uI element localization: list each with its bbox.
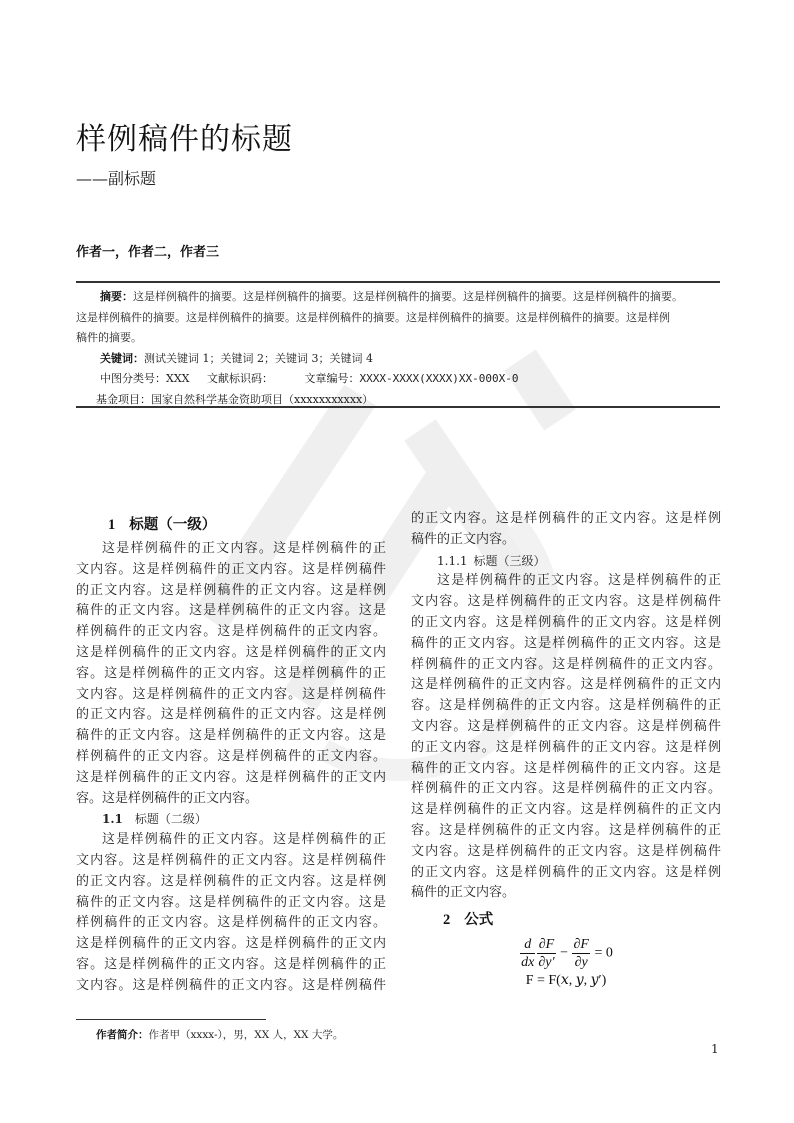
minus-sign: −: [560, 946, 568, 961]
body-line: 这是样例稿件的正文内容。这是样例稿件的正文内: [411, 675, 721, 696]
body-line: 容。这是样例稿件的正文内容。这是样例稿件的正: [76, 955, 386, 976]
footnote-rule: [76, 1019, 266, 1020]
author-list: 作者一，作者二，作者三: [76, 241, 219, 260]
body-line: 的正文内容。这是样例稿件的正文内容。这是样例: [411, 863, 721, 884]
abstract-text: 这是样例稿件的摘要。这是样例稿件的摘要。这是样例稿件的摘要。这是样例稿件的摘要。…: [133, 290, 683, 303]
body-line: 容。这是样例稿件的正文内容。这是样例稿件的正: [76, 664, 386, 685]
body-line: 样例稿件的正文内容。这是样例稿件的正文内容。: [76, 913, 386, 934]
body-line: 样例稿件的正文内容。这是样例稿件的正文内容。: [411, 655, 721, 676]
body-line: 文内容。这是样例稿件的正文内容。这是样例稿件: [76, 976, 386, 997]
keywords-line: 关键词：测试关键词 1；关键词 2；关键词 3；关键词 4: [76, 349, 720, 370]
body-line: 的正文内容。这是样例稿件的正文内容。这是样例: [411, 509, 721, 530]
section-heading-2: 2公式: [411, 906, 721, 934]
body-line: 稿件的正文内容。: [411, 530, 721, 551]
body-line: 这是样例稿件的正文内容。这是样例稿件的正文内: [76, 934, 386, 955]
footnote-text: 作者甲（xxxx-），男，XX 人，XX 大学。: [149, 1029, 344, 1041]
body-line: 的正文内容。这是样例稿件的正文内容。这是样例: [76, 872, 386, 893]
body-line: 这是样例稿件的正文内容。这是样例稿件的正文内: [76, 768, 386, 789]
author-footnote: 作者简介：作者甲（xxxx-），男，XX 人，XX 大学。: [96, 1027, 343, 1042]
body-line: 样例稿件的正文内容。这是样例稿件的正文内容。: [411, 779, 721, 800]
body-line: 文内容。这是样例稿件的正文内容。这是样例稿件: [76, 851, 386, 872]
body-line: 文内容。这是样例稿件的正文内容。这是样例稿件: [76, 685, 386, 706]
abstract-bottom-rule: [76, 406, 720, 408]
denominator: dx: [520, 954, 535, 971]
section-title: 标题（一级）: [129, 517, 216, 533]
numerator: d: [520, 936, 535, 954]
numerator: ∂F: [537, 936, 555, 954]
body-line: 的正文内容。这是样例稿件的正文内容。这是样例: [411, 738, 721, 759]
body-line: 文内容。这是样例稿件的正文内容。这是样例稿件: [411, 592, 721, 613]
section-heading-1: 1标题（一级）: [76, 511, 386, 539]
body-line: 样例稿件的正文内容。这是样例稿件的正文内容。: [76, 747, 386, 768]
body-line: 容。这是样例稿件的正文内容。这是样例稿件的正: [411, 696, 721, 717]
body-line: 稿件的正文内容。这是样例稿件的正文内容。这是: [76, 726, 386, 747]
body-line: 稿件的正文内容。这是样例稿件的正文内容。这是: [76, 601, 386, 622]
body-line: 文内容。这是样例稿件的正文内容。这是样例稿件: [411, 717, 721, 738]
body-line: 这是样例稿件的正文内容。这是样例稿件的正文内: [411, 800, 721, 821]
section-title: 标题（三级）: [474, 554, 546, 568]
body-line: 这是样例稿件的正文内容。这是样例稿件的正文内: [76, 643, 386, 664]
abstract-top-rule: [76, 281, 720, 283]
body-line: 容。这是样例稿件的正文内容。这是样例稿件的正: [411, 821, 721, 842]
section-number: 1.1: [102, 812, 123, 826]
left-column: 1标题（一级） 这是样例稿件的正文内容。这是样例稿件的正 文内容。这是样例稿件的…: [76, 511, 386, 997]
body-line: 的正文内容。这是样例稿件的正文内容。这是样例: [76, 705, 386, 726]
formula-f-definition: F = F(𝑥, 𝑦, 𝑦′): [411, 971, 721, 991]
section-number: 1.1.1: [437, 554, 468, 568]
fraction: ∂F∂y′: [537, 936, 555, 971]
body-line: 这是样例稿件的正文内容。这是样例稿件的正: [76, 830, 386, 851]
numerator: ∂F: [572, 936, 589, 954]
body-line: 的正文内容。这是样例稿件的正文内容。这是样例: [411, 613, 721, 634]
abstract-block: 摘要：这是样例稿件的摘要。这是样例稿件的摘要。这是样例稿件的摘要。这是样例稿件的…: [76, 287, 720, 410]
paper-title: 样例稿件的标题: [76, 114, 293, 158]
clc-value: XXX: [166, 372, 190, 385]
body-line: 这是样例稿件的正文内容。这是样例稿件的正: [76, 539, 386, 560]
article-no-value: XXXX-XXXX(XXXX)XX-000X-0: [360, 372, 519, 385]
section-number: 1: [108, 517, 115, 533]
section-title: 标题（二级）: [135, 812, 207, 826]
fraction: ddx: [520, 936, 535, 971]
body-line: 稿件的正文内容。: [411, 883, 721, 904]
equals-zero: = 0: [594, 946, 612, 961]
keywords-value: 测试关键词 1；关键词 2；关键词 3；关键词 4: [144, 352, 373, 365]
body-line: 文内容。这是样例稿件的正文内容。这是样例稿件: [411, 842, 721, 863]
body-line: 这是样例稿件的正文内容。这是样例稿件的正: [411, 571, 721, 592]
body-line: 样例稿件的正文内容。这是样例稿件的正文内容。: [76, 622, 386, 643]
section-number: 2: [443, 912, 450, 928]
keywords-label: 关键词：: [100, 352, 144, 365]
body-line: 稿件的正文内容。这是样例稿件的正文内容。这是: [411, 634, 721, 655]
body-line: 容。这是样例稿件的正文内容。: [76, 789, 386, 810]
abstract-line: 稿件的摘要。: [76, 328, 720, 349]
footnote-label: 作者简介：: [96, 1029, 149, 1041]
right-column: 的正文内容。这是样例稿件的正文内容。这是样例 稿件的正文内容。 1.1.1标题（…: [411, 509, 721, 991]
abstract-line: 这是样例稿件的摘要。这是样例稿件的摘要。这是样例稿件的摘要。这是样例稿件的摘要。…: [76, 308, 720, 329]
section-title: 公式: [464, 912, 493, 928]
article-no-label: 文章编号：: [305, 372, 360, 385]
denominator: ∂y′: [537, 954, 555, 971]
fraction: ∂F∂y: [572, 936, 589, 971]
clc-label: 中图分类号：: [100, 372, 166, 385]
abstract-label: 摘要：: [100, 290, 133, 303]
doc-code-label: 文献标识码：: [207, 372, 273, 385]
page-number: 1: [711, 1042, 719, 1056]
paper-subtitle: ——副标题: [76, 166, 156, 189]
section-heading-1-1: 1.1标题（二级）: [76, 809, 386, 830]
abstract-line: 摘要：这是样例稿件的摘要。这是样例稿件的摘要。这是样例稿件的摘要。这是样例稿件的…: [76, 287, 720, 308]
body-line: 稿件的正文内容。这是样例稿件的正文内容。这是: [76, 893, 386, 914]
fund-label: 基金项目：: [96, 393, 151, 406]
fund-value: 国家自然科学基金资助项目（xxxxxxxxxxx）: [151, 393, 373, 406]
body-line: 文内容。这是样例稿件的正文内容。这是样例稿件: [76, 560, 386, 581]
denominator: ∂y: [572, 954, 589, 971]
body-line: 稿件的正文内容。这是样例稿件的正文内容。这是: [411, 759, 721, 780]
formula-euler-lagrange: ddx∂F∂y′ − ∂F∂y = 0: [411, 936, 721, 971]
section-heading-1-1-1: 1.1.1标题（三级）: [411, 551, 721, 572]
body-line: 的正文内容。这是样例稿件的正文内容。这是样例: [76, 581, 386, 602]
classification-line: 中图分类号：XXX 文献标识码： 文章编号：XXXX-XXXX(XXXX)XX-…: [76, 369, 720, 390]
